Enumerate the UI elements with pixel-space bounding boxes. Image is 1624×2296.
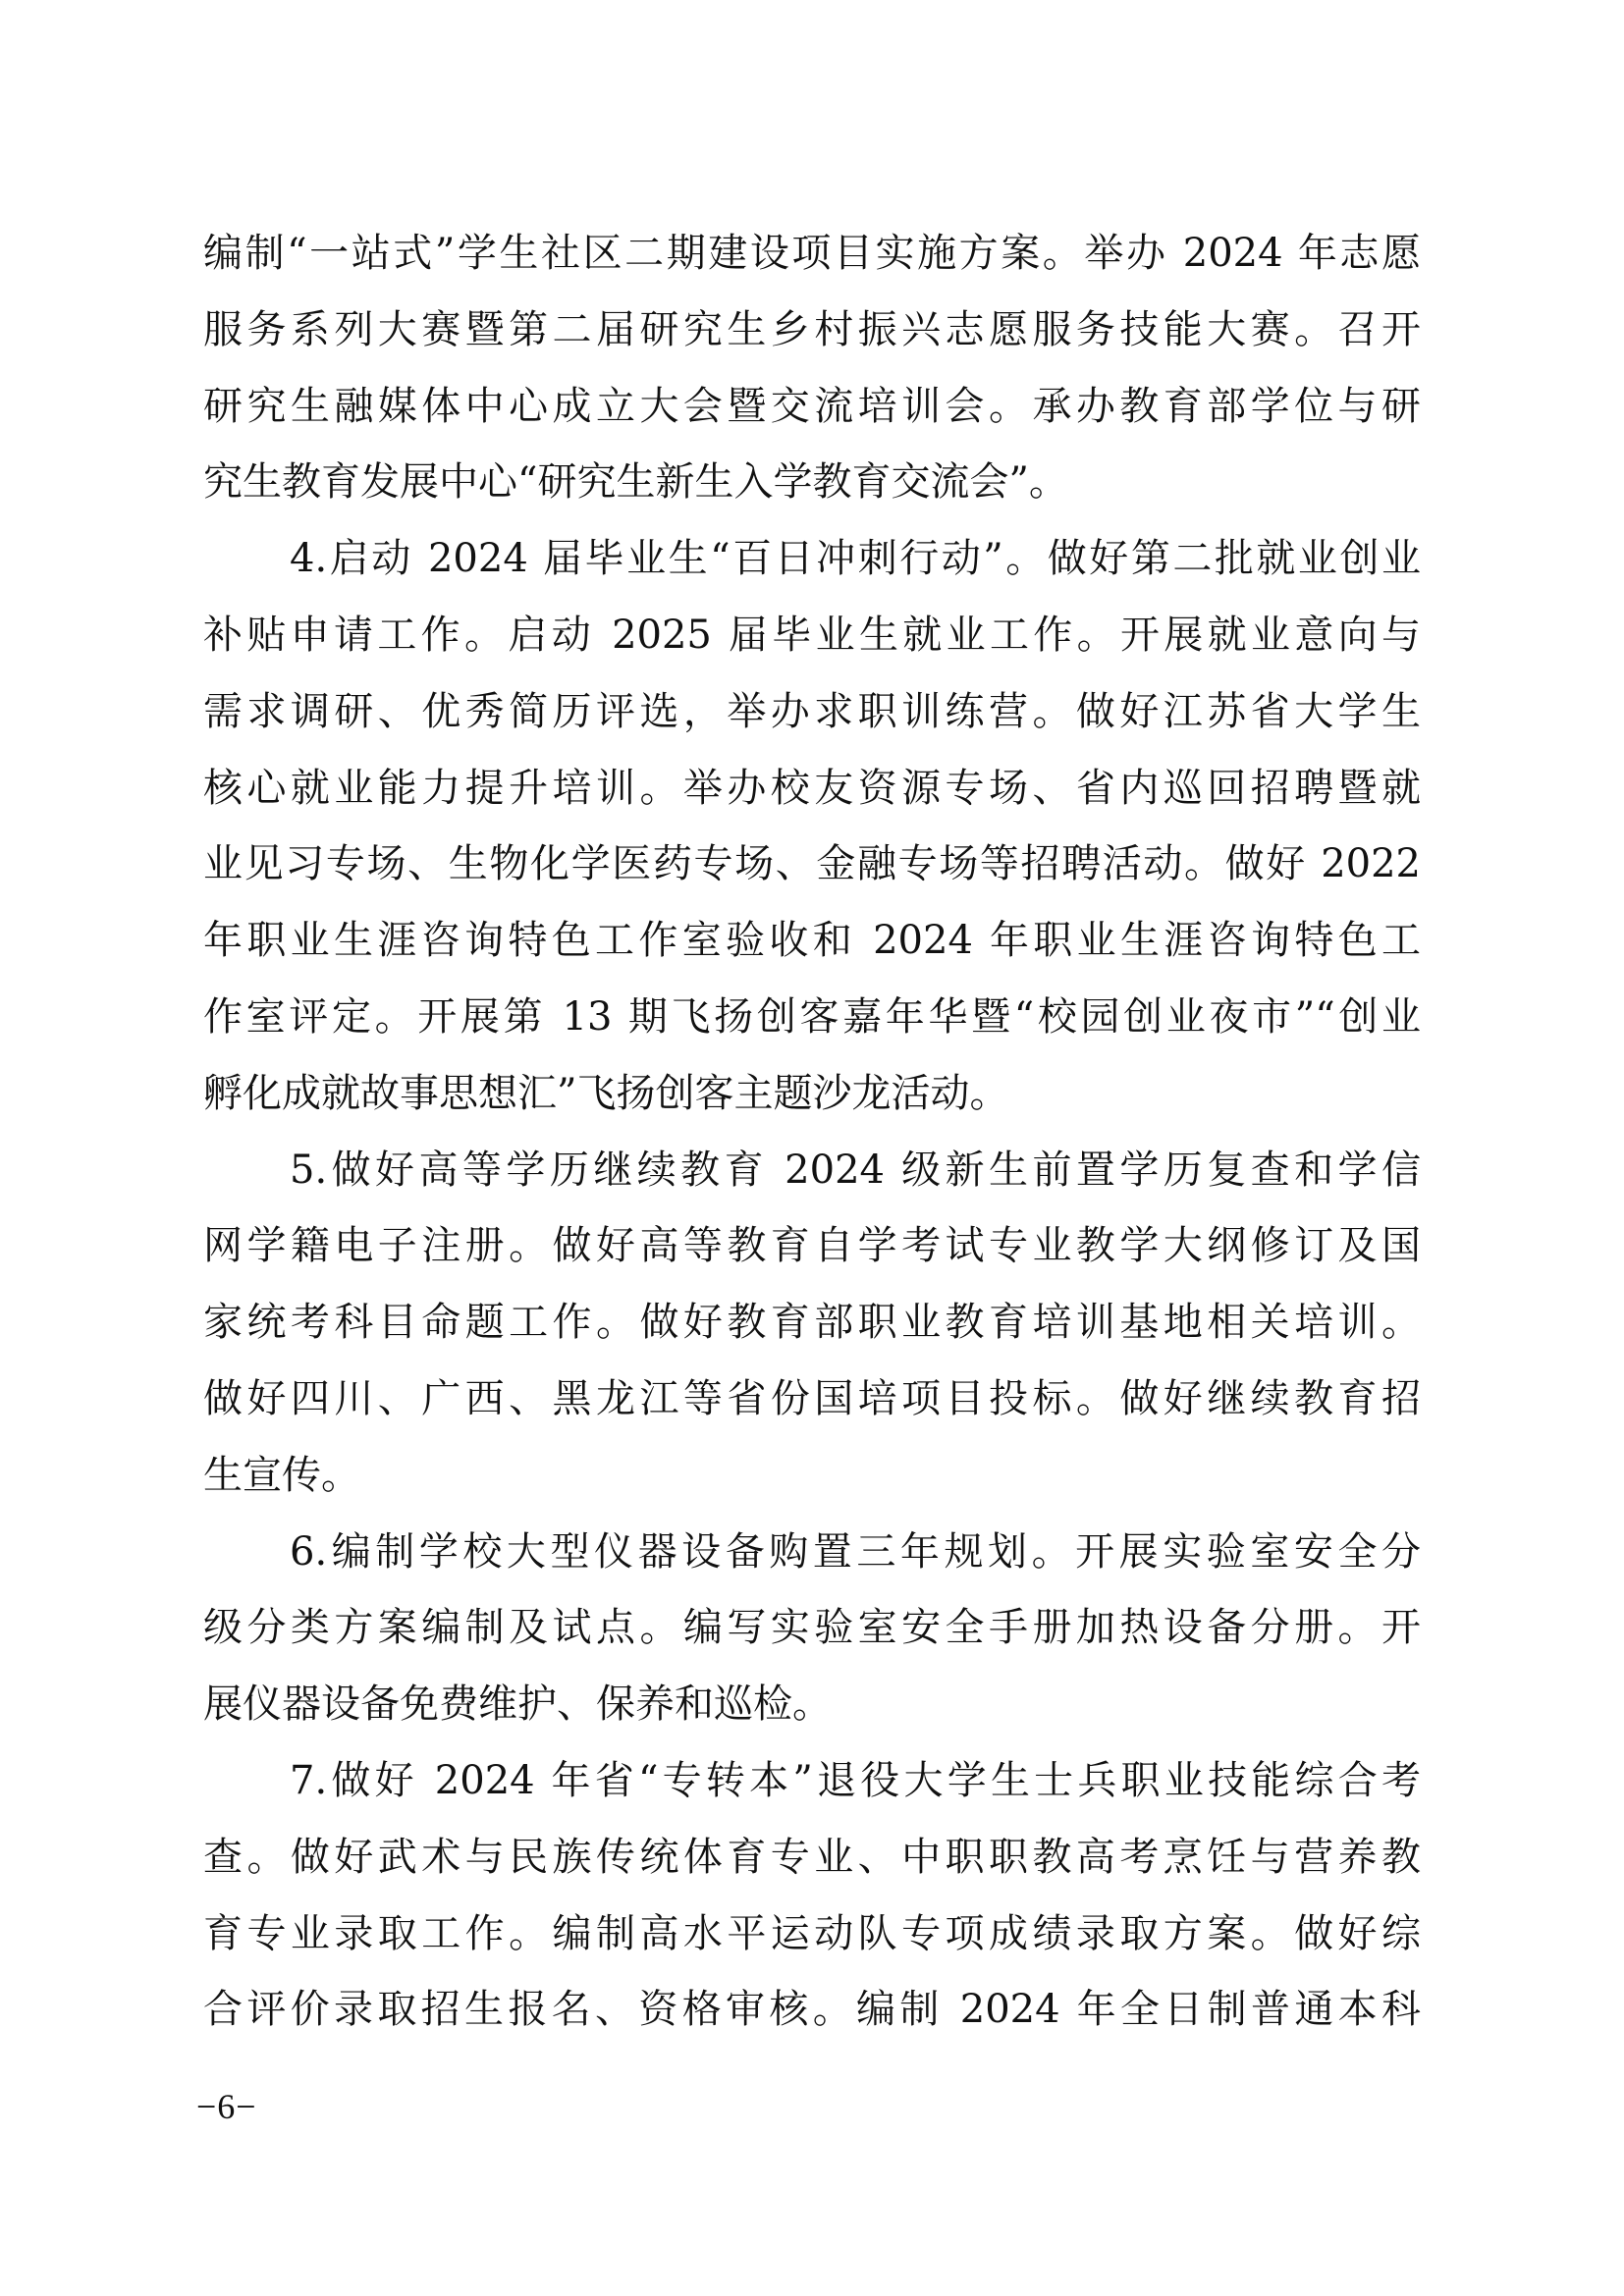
text-line: 5.做好高等学历继续教育 2024 级新生前置学历复查和学信 <box>203 1133 1421 1209</box>
text-line: 编制“一站式”学生社区二期建设项目实施方案。举办 2024 年志愿 <box>203 216 1421 293</box>
text-line: 服务系列大赛暨第二届研究生乡村振兴志愿服务技能大赛。召开 <box>203 293 1421 369</box>
text-line: 4.启动 2024 届毕业生“百日冲刺行动”。做好第二批就业创业 <box>203 521 1421 598</box>
text-line: 核心就业能力提升培训。举办校友资源专场、省内巡回招聘暨就 <box>203 751 1421 828</box>
page-number: −6− <box>196 2087 257 2126</box>
paragraph-4-employment: 4.启动 2024 届毕业生“百日冲刺行动”。做好第二批就业创业 补贴申请工作。… <box>203 521 1421 1132</box>
text-line: 需求调研、优秀简历评选，举办求职训练营。做好江苏省大学生 <box>203 674 1421 751</box>
body-text: 编制“一站式”学生社区二期建设项目实施方案。举办 2024 年志愿 服务系列大赛… <box>203 216 1421 2049</box>
paragraph-6-lab-equipment: 6.编制学校大型仪器设备购置三年规划。开展实验室安全分 级分类方案编制及试点。编… <box>203 1515 1421 1743</box>
paragraph-3-continued: 编制“一站式”学生社区二期建设项目实施方案。举办 2024 年志愿 服务系列大赛… <box>203 216 1421 521</box>
text-line: 级分类方案编制及试点。编写实验室安全手册加热设备分册。开 <box>203 1590 1421 1667</box>
paragraph-5-continuing-education: 5.做好高等学历继续教育 2024 级新生前置学历复查和学信 网学籍电子注册。做… <box>203 1133 1421 1515</box>
document-page: 编制“一站式”学生社区二期建设项目实施方案。举办 2024 年志愿 服务系列大赛… <box>0 0 1624 2296</box>
text-line: 育专业录取工作。编制高水平运动队专项成绩录取方案。做好综 <box>203 1896 1421 1973</box>
text-line: 合评价录取招生报名、资格审核。编制 2024 年全日制普通本科 <box>203 1972 1421 2049</box>
text-line: 做好四川、广西、黑龙江等省份国培项目投标。做好继续教育招 <box>203 1362 1421 1438</box>
text-line: 孵化成就故事思想汇”飞扬创客主题沙龙活动。 <box>203 1056 1421 1133</box>
text-line: 业见习专场、生物化学医药专场、金融专场等招聘活动。做好 2022 <box>203 827 1421 903</box>
text-line: 查。做好武术与民族传统体育专业、中职职教高考烹饪与营养教 <box>203 1820 1421 1896</box>
text-line: 究生教育发展中心“研究生新生入学教育交流会”。 <box>203 445 1421 521</box>
text-line: 7.做好 2024 年省“专转本”退役大学生士兵职业技能综合考 <box>203 1743 1421 1820</box>
text-line: 年职业生涯咨询特色工作室验收和 2024 年职业生涯咨询特色工 <box>203 903 1421 980</box>
text-line: 家统考科目命题工作。做好教育部职业教育培训基地相关培训。 <box>203 1285 1421 1362</box>
text-line: 6.编制学校大型仪器设备购置三年规划。开展实验室安全分 <box>203 1515 1421 1591</box>
paragraph-7-admissions: 7.做好 2024 年省“专转本”退役大学生士兵职业技能综合考 查。做好武术与民… <box>203 1743 1421 2049</box>
text-line: 网学籍电子注册。做好高等教育自学考试专业教学大纲修订及国 <box>203 1208 1421 1285</box>
text-line: 研究生融媒体中心成立大会暨交流培训会。承办教育部学位与研 <box>203 369 1421 446</box>
text-line: 补贴申请工作。启动 2025 届毕业生就业工作。开展就业意向与 <box>203 598 1421 674</box>
text-line: 生宣传。 <box>203 1438 1421 1515</box>
text-line: 展仪器设备免费维护、保养和巡检。 <box>203 1667 1421 1743</box>
text-line: 作室评定。开展第 13 期飞扬创客嘉年华暨“校园创业夜市”“创业 <box>203 980 1421 1056</box>
